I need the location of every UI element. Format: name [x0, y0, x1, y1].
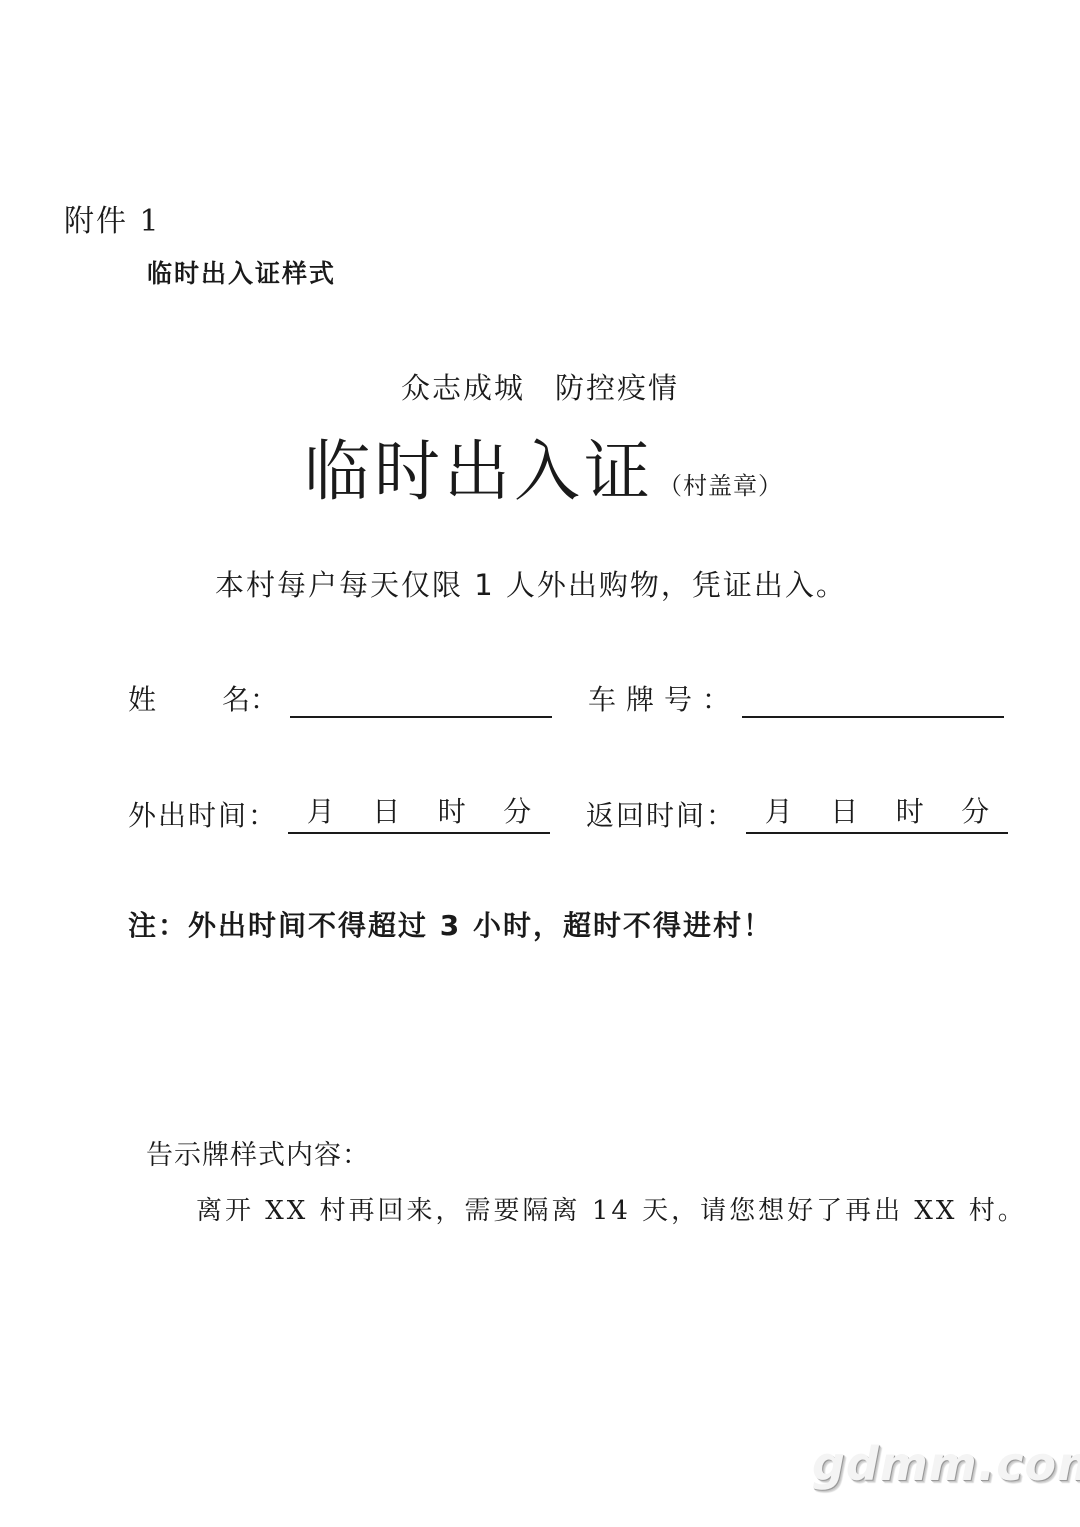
- notice-body: 离开 XX 村再回来，需要隔离 14 天，请您想好了再出 XX 村。: [196, 1190, 1027, 1227]
- time-limit-note: 注：外出时间不得超过 3 小时，超时不得进村！: [128, 904, 773, 944]
- plate-label: 车牌号: [588, 678, 702, 718]
- day-unit: 日: [372, 790, 400, 830]
- departure-time-field[interactable]: 月 日 时 分: [288, 790, 550, 834]
- stamp-note: （村盖章）: [658, 472, 783, 500]
- hour-unit: 时: [438, 790, 466, 830]
- watermark-logo: gdmm.com: [812, 1437, 1080, 1491]
- month-unit: 月: [307, 790, 335, 830]
- month-unit: 月: [765, 790, 793, 830]
- departure-colon: ：: [248, 794, 276, 834]
- name-label: 姓名: [128, 678, 316, 718]
- name-field[interactable]: [290, 686, 552, 718]
- slogan: 众志成城防控疫情: [0, 366, 1080, 407]
- pass-title-block: 临时出入证（村盖章）: [304, 418, 783, 513]
- minute-unit: 分: [961, 790, 989, 830]
- return-label: 返回时间: [586, 794, 706, 834]
- plate-field[interactable]: [742, 686, 1004, 718]
- time-row: 外出时间 ： 月 日 时 分 返回时间 ： 月 日 时 分: [128, 790, 1008, 834]
- pass-title: 临时出入证: [304, 433, 654, 510]
- attachment-label: 附件 1: [64, 196, 161, 240]
- usage-rule: 本村每户每天仅限 1 人外出购物，凭证出入。: [215, 563, 847, 604]
- day-unit: 日: [830, 790, 858, 830]
- document-subtitle: 临时出入证样式: [147, 254, 336, 290]
- identity-row: 姓名 ： 车牌号 ：: [128, 678, 1004, 718]
- notice-heading: 告示牌样式内容：: [146, 1133, 370, 1172]
- return-time-field[interactable]: 月 日 时 分: [746, 790, 1008, 834]
- name-colon: ：: [250, 678, 278, 718]
- plate-colon: ：: [702, 678, 730, 718]
- slogan-right: 防控疫情: [555, 371, 679, 405]
- hour-unit: 时: [896, 790, 924, 830]
- return-colon: ：: [706, 794, 734, 834]
- minute-unit: 分: [503, 790, 531, 830]
- departure-label: 外出时间: [128, 794, 248, 834]
- slogan-left: 众志成城: [401, 371, 525, 405]
